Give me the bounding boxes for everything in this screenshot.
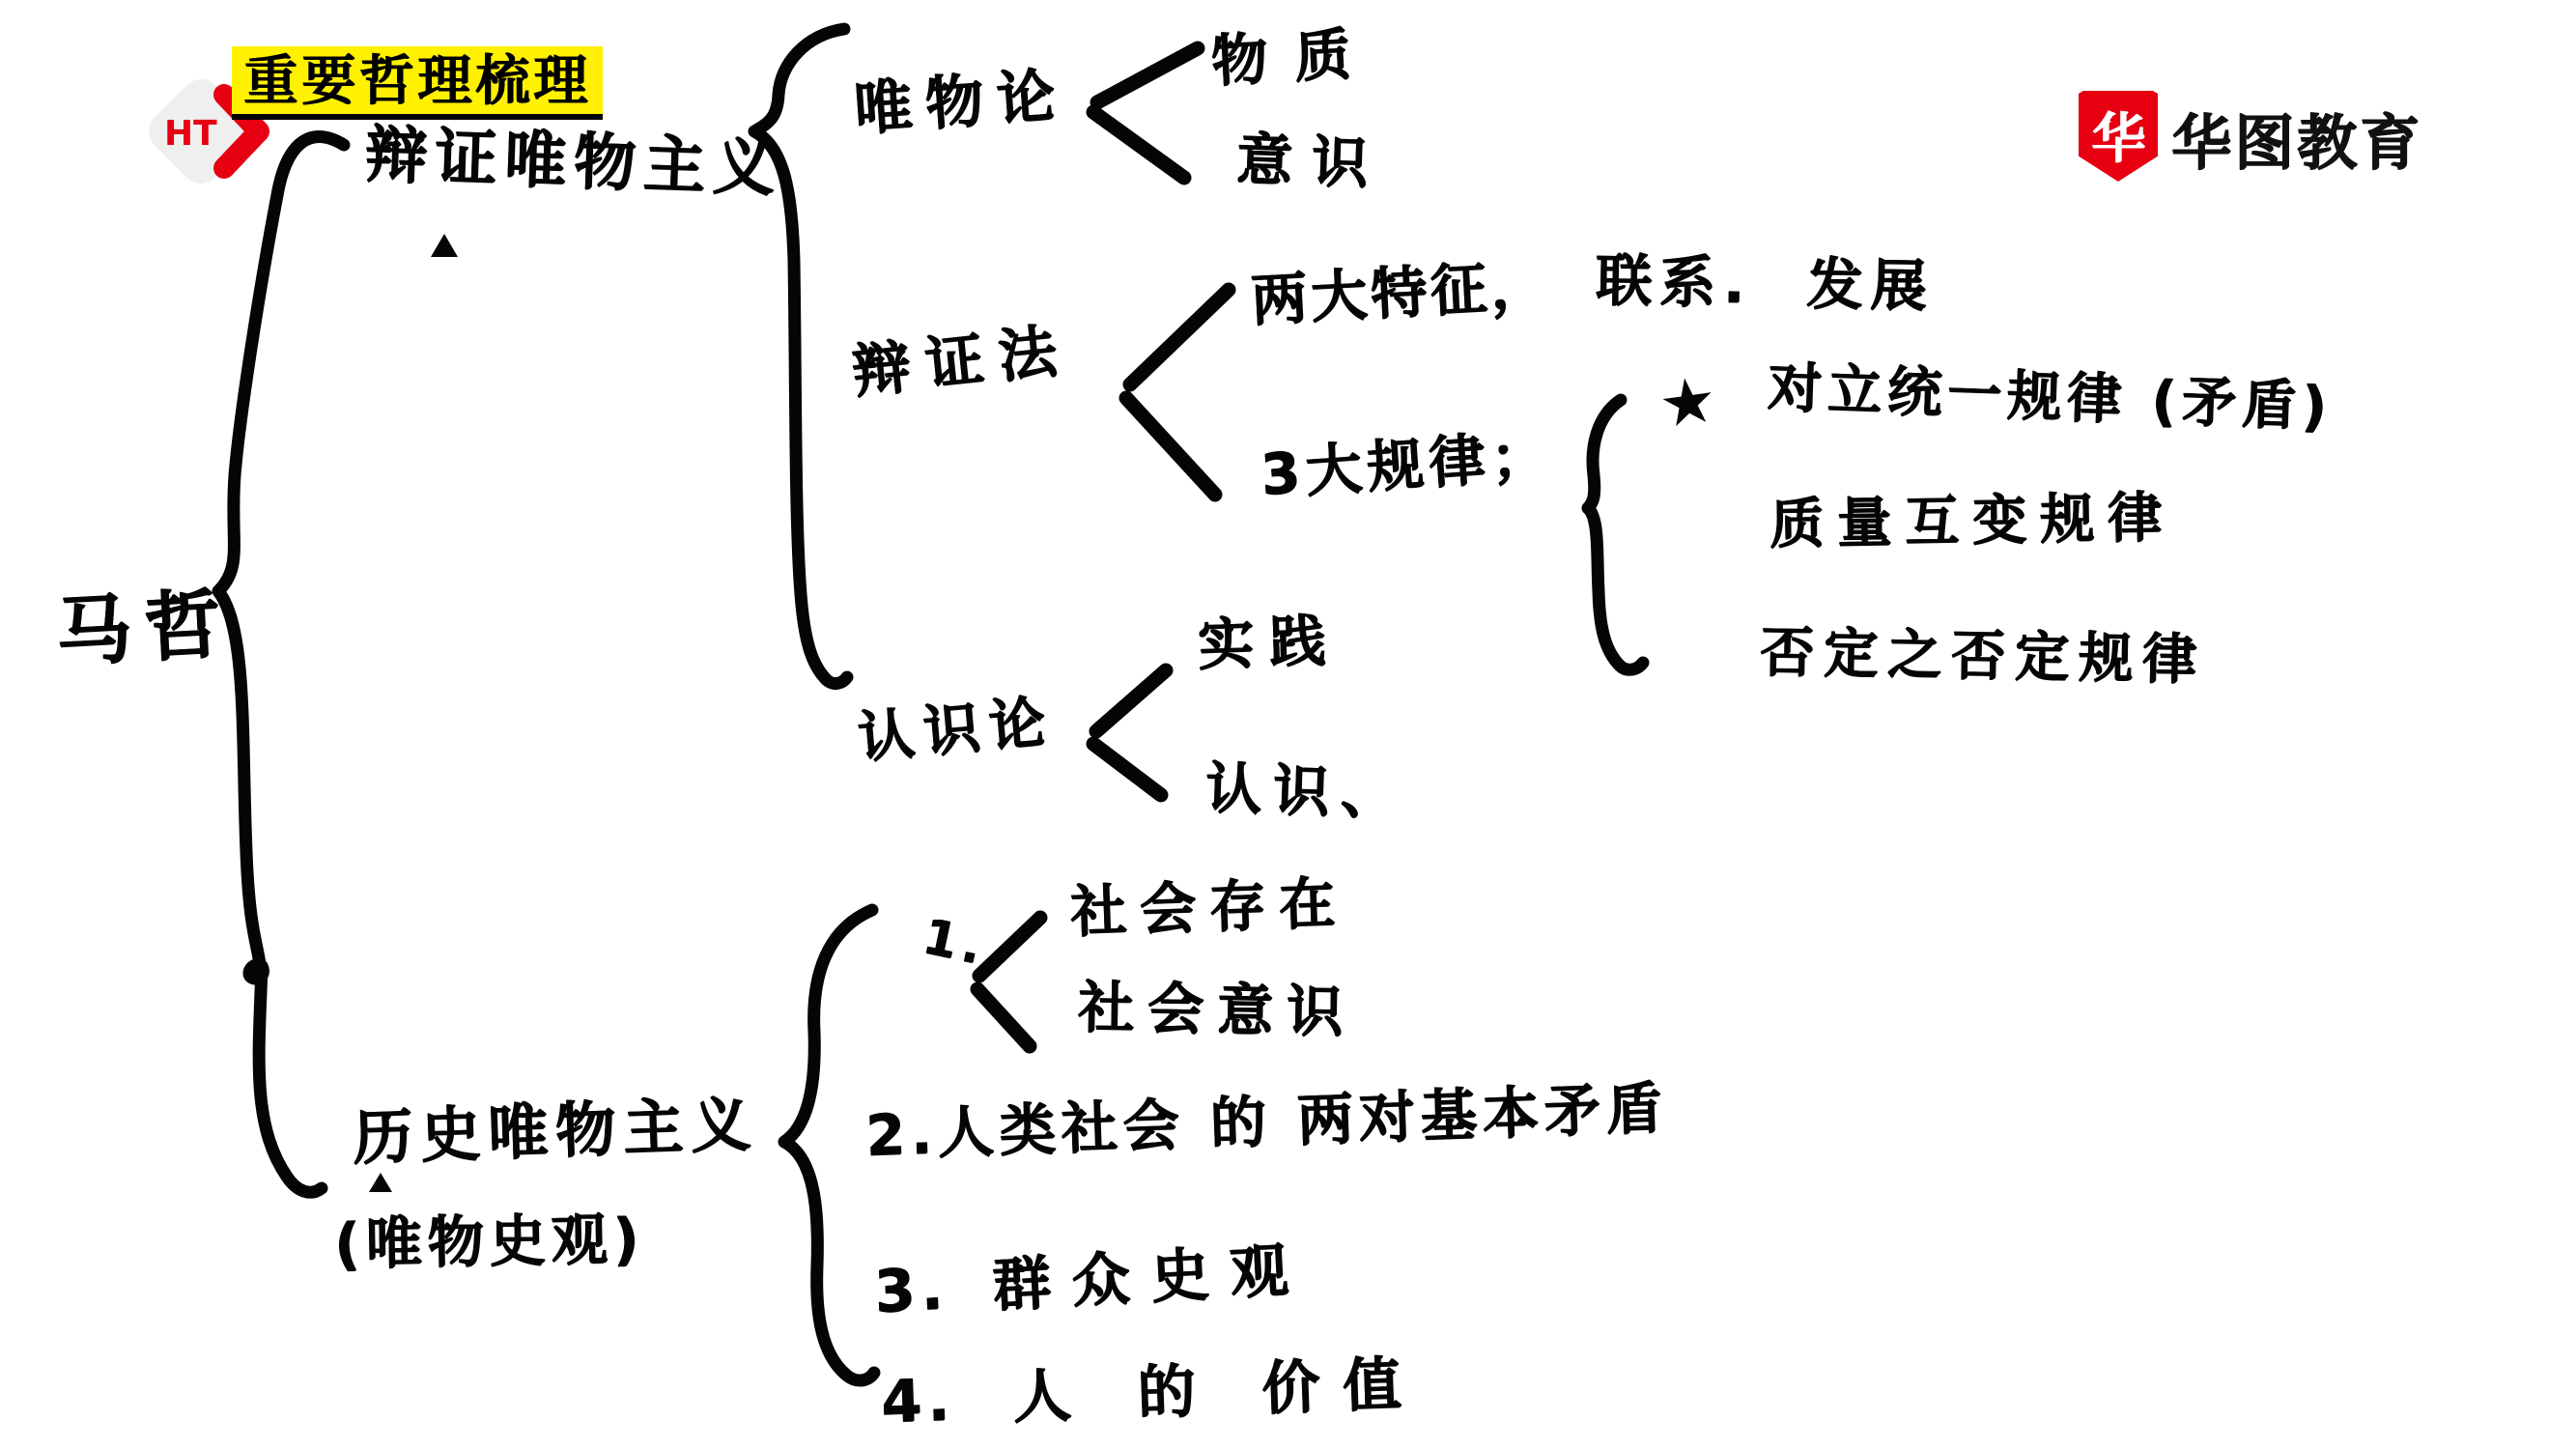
connector-dialectics: [1126, 290, 1229, 495]
node-epistemology: 认识论: [856, 693, 1057, 766]
brace-root: [218, 137, 344, 1193]
leaf-cognition: 认识、: [1204, 759, 1409, 822]
item-3-number: 3.: [873, 1260, 950, 1321]
marker-triangle-1: [431, 234, 458, 257]
law-negation-of-negation: 否定之否定规律: [1760, 626, 2207, 688]
item-2-number: 2.: [864, 1105, 938, 1164]
root-node: 马哲: [54, 586, 236, 671]
item-4-text: 人 的 价值: [1012, 1354, 1426, 1427]
leaf-practice: 实践: [1197, 611, 1342, 672]
brace-dialectical-branch: [754, 29, 847, 684]
leaf-consciousness: 意识: [1235, 130, 1388, 191]
brace-laws: [1588, 400, 1643, 669]
whiteboard-page: HT 重要哲理梳理 华 华图教育 马哲: [0, 0, 2576, 1449]
law-quantity-quality: 质量互变规律: [1769, 491, 2176, 552]
item-4-number: 4.: [880, 1371, 956, 1432]
connector-epistemology: [1093, 670, 1166, 795]
leaf-two-features-label: 两大特征，: [1250, 257, 1552, 328]
leaf-two-features-value: 联系. 发展: [1596, 252, 1935, 314]
leaf-social-being: 社会存在: [1069, 874, 1349, 940]
leaf-social-consciousness: 社会意识: [1078, 979, 1357, 1039]
branch-historical-materialism-alias: (唯物史观): [334, 1210, 645, 1272]
item-3-text: 群众史观: [991, 1240, 1311, 1315]
leaf-matter: 物质: [1210, 25, 1379, 90]
item-1-number: 1.: [920, 912, 992, 973]
node-materialism-theory: 唯物论: [852, 66, 1070, 138]
connector-materialism: [1093, 48, 1198, 178]
star-icon: ★: [1655, 361, 1721, 442]
branch-dialectical-materialism: 辩证唯物主义: [364, 124, 783, 200]
marker-triangle-2: [369, 1173, 392, 1192]
branch-historical-materialism: 历史唯物主义: [352, 1094, 759, 1169]
brace-historical-branch: [784, 910, 874, 1380]
